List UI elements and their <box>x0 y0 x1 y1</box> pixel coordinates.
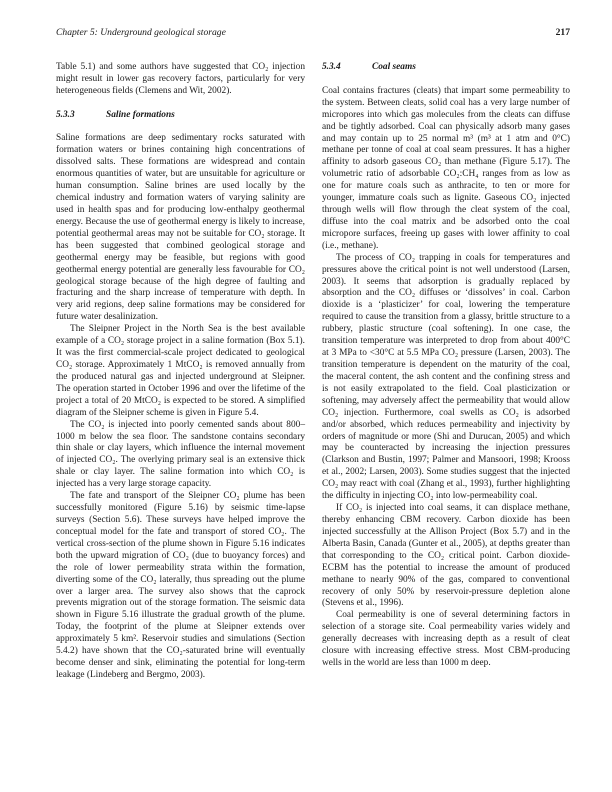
section-heading-5-3-3: 5.3.3Saline formations <box>56 110 305 122</box>
chapter-title: Chapter 5: Underground geological storag… <box>56 27 226 38</box>
section-number: 5.3.4 <box>322 62 372 74</box>
continuation-paragraph: Table 5.1) and some authors have suggest… <box>56 62 305 98</box>
section-title: Saline formations <box>106 110 175 120</box>
paragraph: Coal contains fractures (cleats) that im… <box>322 86 570 253</box>
paragraph: The process of CO₂ trapping in coals for… <box>322 253 570 503</box>
paragraph: The Sleipner Project in the North Sea is… <box>56 324 305 419</box>
right-column: 5.3.4Coal seams Coal contains fractures … <box>322 62 570 670</box>
paragraph: The fate and transport of the Sleipner C… <box>56 491 305 682</box>
section-heading-5-3-4: 5.3.4Coal seams <box>322 62 570 74</box>
paragraph: If CO₂ is injected into coal seams, it c… <box>322 503 570 610</box>
paragraph: The CO₂ is injected into poorly cemented… <box>56 420 305 492</box>
section-number: 5.3.3 <box>56 110 106 122</box>
page-number: 217 <box>556 27 570 38</box>
running-header: Chapter 5: Underground geological storag… <box>56 27 570 41</box>
left-column: Table 5.1) and some authors have suggest… <box>56 62 305 682</box>
paragraph: Coal permeability is one of several dete… <box>322 610 570 670</box>
section-title: Coal seams <box>372 62 416 72</box>
paragraph: Saline formations are deep sedimentary r… <box>56 133 305 324</box>
